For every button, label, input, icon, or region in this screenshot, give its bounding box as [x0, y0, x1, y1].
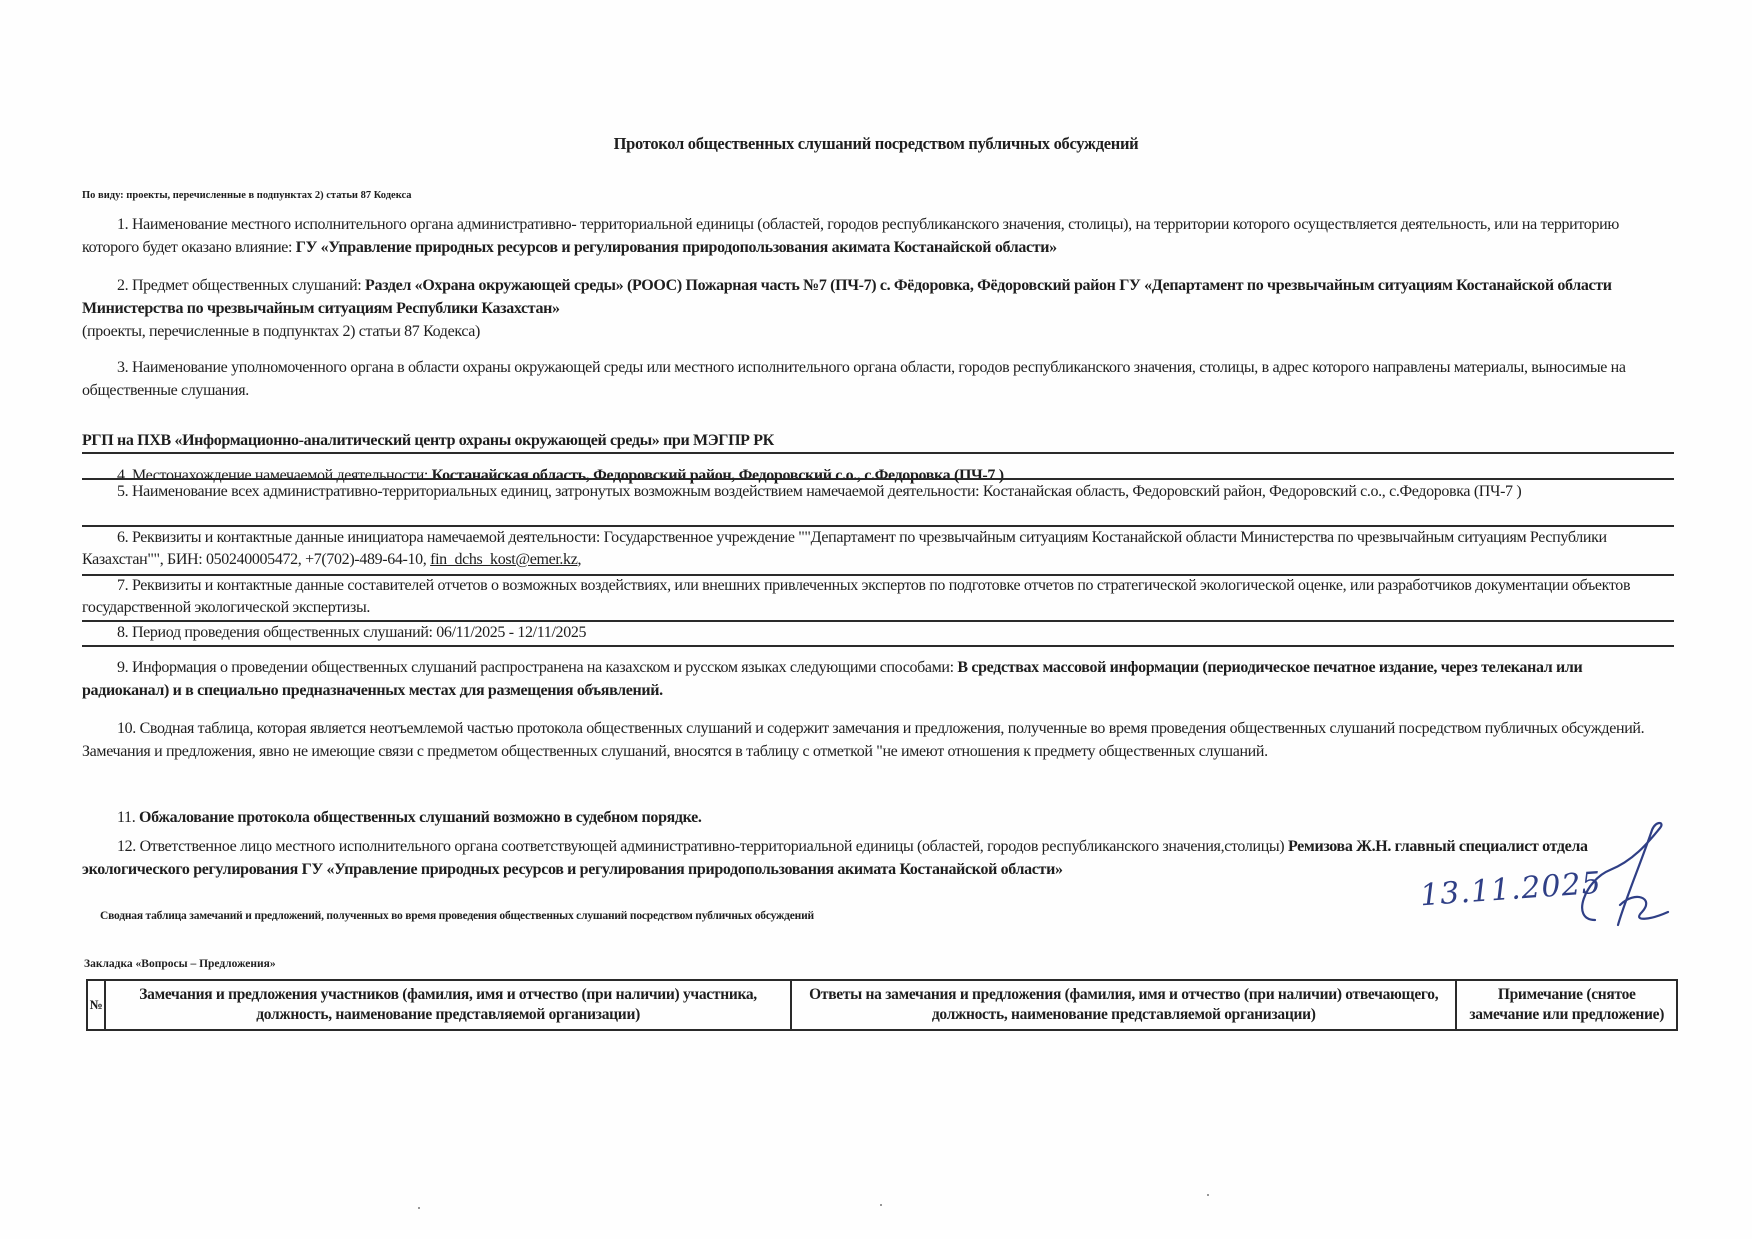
rule-line [82, 478, 1674, 480]
item-6: 6. Реквизиты и контактные данные инициат… [82, 527, 1672, 571]
item-12: 12. Ответственное лицо местного исполнит… [82, 835, 1612, 881]
item-1: 1. Наименование местного исполнительного… [82, 213, 1662, 259]
document-page: Протокол общественных слушаний посредств… [0, 0, 1752, 1239]
project-kind-line: По виду: проекты, перечисленные в подпун… [82, 190, 412, 201]
item-2-note: (проекты, перечисленные в подпунктах 2) … [82, 323, 480, 340]
document-title: Протокол общественных слушаний посредств… [0, 134, 1752, 154]
table-header-row: № Замечания и предложения участников (фа… [87, 980, 1677, 1030]
item-7: 7. Реквизиты и контактные данные состави… [82, 575, 1672, 619]
scan-speck [880, 1204, 882, 1206]
item-3: 3. Наименование уполномоченного органа в… [82, 356, 1662, 402]
scan-speck [1207, 1194, 1209, 1196]
col-comments: Замечания и предложения участников (фами… [105, 980, 791, 1030]
item-2: 2. Предмет общественных слушаний: Раздел… [82, 274, 1662, 343]
scan-speck [418, 1207, 420, 1209]
rule-line [82, 645, 1674, 647]
initiator-email[interactable]: fin_dchs_kost@emer.kz [430, 551, 577, 568]
col-number: № [87, 980, 105, 1030]
item-8: 8. Период проведения общественных слушан… [82, 622, 1672, 644]
rule-line [82, 452, 1674, 454]
item-5: 5. Наименование всех административно-тер… [82, 481, 1672, 503]
col-answers: Ответы на замечания и предложения (фамил… [791, 980, 1457, 1030]
item-9: 9. Информация о проведении общественных … [82, 656, 1662, 702]
item-10: 10. Сводная таблица, которая является не… [82, 717, 1662, 763]
tab-label: Закладка «Вопросы – Предложения» [84, 958, 276, 970]
col-note: Примечание (снятое замечание или предлож… [1456, 980, 1677, 1030]
authorized-body: РГП на ПХВ «Информационно-аналитический … [82, 429, 1662, 452]
signature-icon [1420, 820, 1680, 940]
summary-table-title: Сводная таблица замечаний и предложений,… [100, 910, 814, 922]
summary-table: № Замечания и предложения участников (фа… [86, 979, 1678, 1031]
